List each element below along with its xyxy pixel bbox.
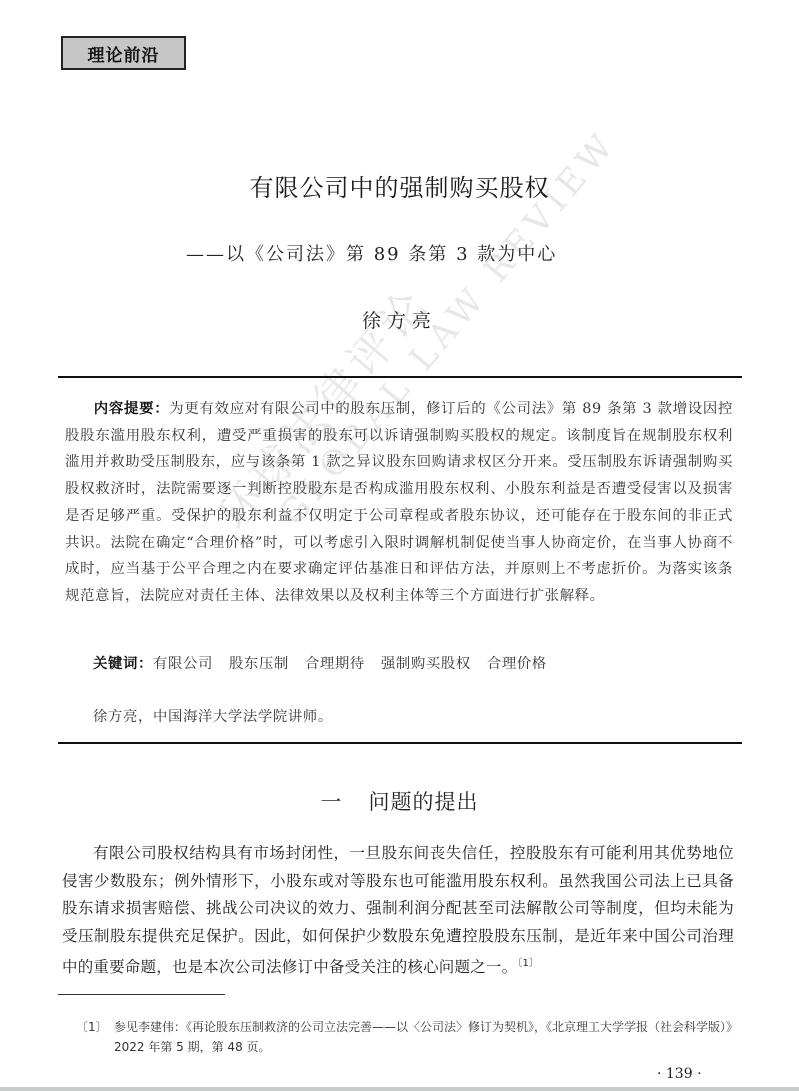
- body-paragraph: 有限公司股权结构具有市场封闭性，一旦股东间丧失信任，控股股东有可能利用其优势地位…: [62, 844, 734, 976]
- keywords: 关键词：有限公司股东压制合理期待强制购买股权合理价格: [93, 652, 563, 673]
- keyword: 合理价格: [487, 656, 547, 672]
- article-subtitle: ——以《公司法》第 89 条第 3 款为中心: [186, 240, 557, 266]
- keyword: 股东压制: [229, 656, 289, 672]
- footnote-number: 〔1〕: [76, 1017, 114, 1057]
- divider-top: [58, 376, 742, 378]
- keywords-label: 关键词：: [93, 656, 153, 672]
- article-author: 徐方亮: [0, 306, 799, 333]
- footnote: 〔1〕 参见李建伟：《再论股东压制救济的公司立法完善——以〈公司法〉修订为契机》…: [76, 1017, 736, 1057]
- footnote-text: 参见李建伟：《再论股东压制救济的公司立法完善——以〈公司法〉修订为契机》，《北京…: [114, 1017, 736, 1057]
- abstract-label: 内容提要：: [94, 401, 170, 417]
- keyword: 强制购买股权: [381, 656, 471, 672]
- author-affiliation: 徐方亮，中国海洋大学法学院讲师。: [93, 705, 333, 726]
- page-number: · 139 ·: [657, 1066, 702, 1082]
- body-text: 有限公司股权结构具有市场封闭性，一旦股东间丧失信任，控股股东有可能利用其优势地位…: [62, 840, 734, 982]
- footnote-divider: [58, 994, 225, 995]
- abstract-text: 为更有效应对有限公司中的股东压制，修订后的《公司法》第 89 条第 3 款增设因…: [65, 401, 733, 604]
- footnote-ref[interactable]: 〔1〕: [517, 958, 539, 969]
- keyword: 有限公司: [153, 656, 213, 672]
- divider-bottom: [58, 742, 742, 744]
- section-heading: 一问题的提出: [0, 786, 799, 816]
- abstract: 内容提要：为更有效应对有限公司中的股东压制，修订后的《公司法》第 89 条第 3…: [65, 396, 733, 610]
- bottom-bar: [0, 1087, 799, 1091]
- article-title: 有限公司中的强制购买股权: [0, 168, 799, 203]
- section-number: 一: [321, 790, 343, 814]
- keyword: 合理期待: [305, 656, 365, 672]
- section-tag: 理论前沿: [61, 36, 186, 70]
- section-title: 问题的提出: [369, 790, 479, 814]
